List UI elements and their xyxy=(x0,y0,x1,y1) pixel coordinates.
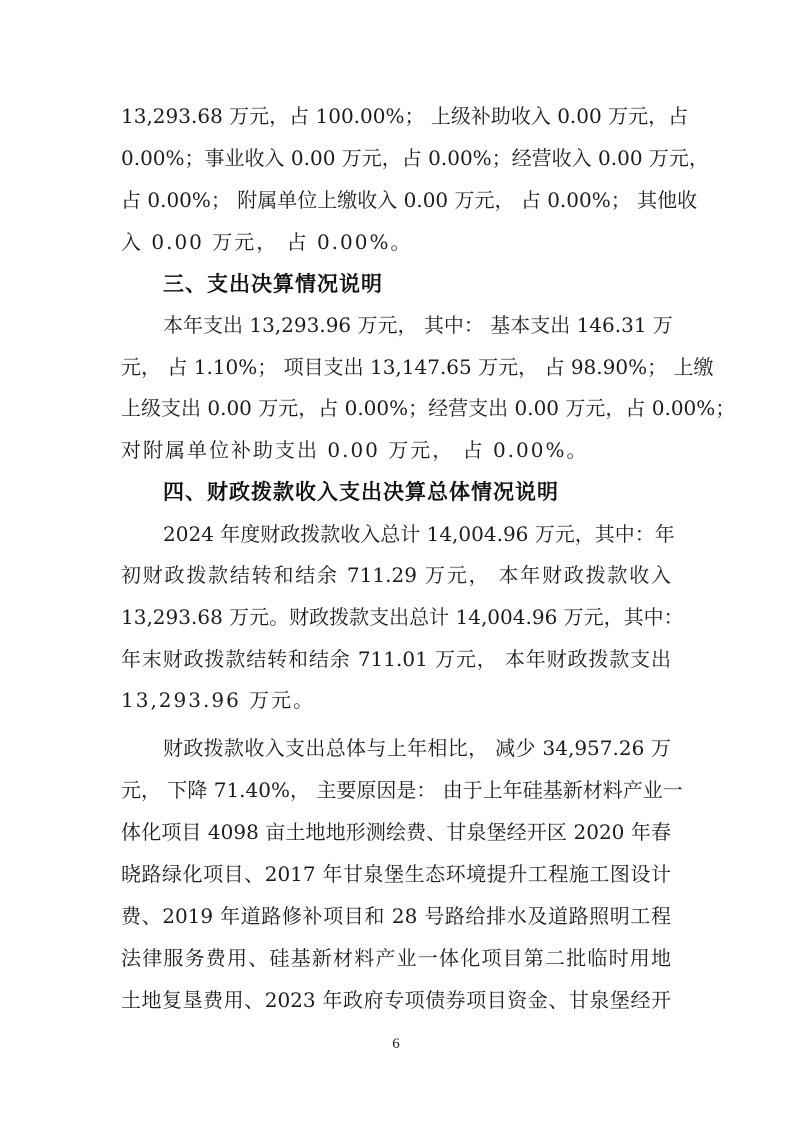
text-line: 本年支出 13,293.96 万元， 其中： 基本支出 146.31 万 xyxy=(163,310,671,340)
text-line: 年末财政拨款结转和结余 711.01 万元， 本年财政拨款支出 xyxy=(121,644,671,674)
text-line: 上级支出 0.00 万元，占 0.00%；经营支出 0.00 万元，占 0.00… xyxy=(121,393,671,423)
text-line: 元， 占 1.10%； 项目支出 13,147.65 万元， 占 98.90%；… xyxy=(121,352,671,382)
text-line: 入 0.00 万元， 占 0.00%。 xyxy=(121,227,671,257)
text-line: 0.00%；事业收入 0.00 万元，占 0.00%；经营收入 0.00 万元， xyxy=(121,143,671,173)
text-line: 体化项目 4098 亩土地地形测绘费、甘泉堡经开区 2020 年春 xyxy=(121,817,671,847)
text-line: 财政拨款收入支出总体与上年相比， 减少 34,957.26 万 xyxy=(163,733,671,763)
section-heading-expenditure: 三、支出决算情况说明 xyxy=(163,269,383,299)
page-number: 6 xyxy=(386,1036,406,1053)
text-line: 13,293.68 万元。财政拨款支出总计 14,004.96 万元，其中： xyxy=(121,602,671,632)
text-line: 法律服务费用、硅基新材料产业一体化项目第二批临时用地 xyxy=(121,943,671,973)
text-line: 对附属单位补助支出 0.00 万元， 占 0.00%。 xyxy=(121,435,671,465)
section-heading-fiscal-appropriation: 四、财政拨款收入支出决算总体情况说明 xyxy=(163,477,559,507)
document-page: 13,293.68 万元，占 100.00%； 上级补助收入 0.00 万元，占… xyxy=(0,0,793,1122)
text-line: 土地复垦费用、2023 年政府专项债券项目资金、甘泉堡经开 xyxy=(121,985,671,1015)
text-line: 元， 下降 71.40%， 主要原因是： 由于上年硅基新材料产业一 xyxy=(121,775,671,805)
text-line: 2024 年度财政拨款收入总计 14,004.96 万元，其中：年 xyxy=(163,519,671,549)
text-line: 13,293.96 万元。 xyxy=(121,685,671,715)
text-line: 占 0.00%； 附属单位上缴收入 0.00 万元， 占 0.00%； 其他收 xyxy=(121,185,671,215)
text-line: 费、2019 年道路修补项目和 28 号路给排水及道路照明工程 xyxy=(121,901,671,931)
text-line: 晓路绿化项目、2017 年甘泉堡生态环境提升工程施工图设计 xyxy=(121,859,671,889)
text-line: 初财政拨款结转和结余 711.29 万元， 本年财政拨款收入 xyxy=(121,560,671,590)
text-line: 13,293.68 万元，占 100.00%； 上级补助收入 0.00 万元，占 xyxy=(121,101,671,131)
